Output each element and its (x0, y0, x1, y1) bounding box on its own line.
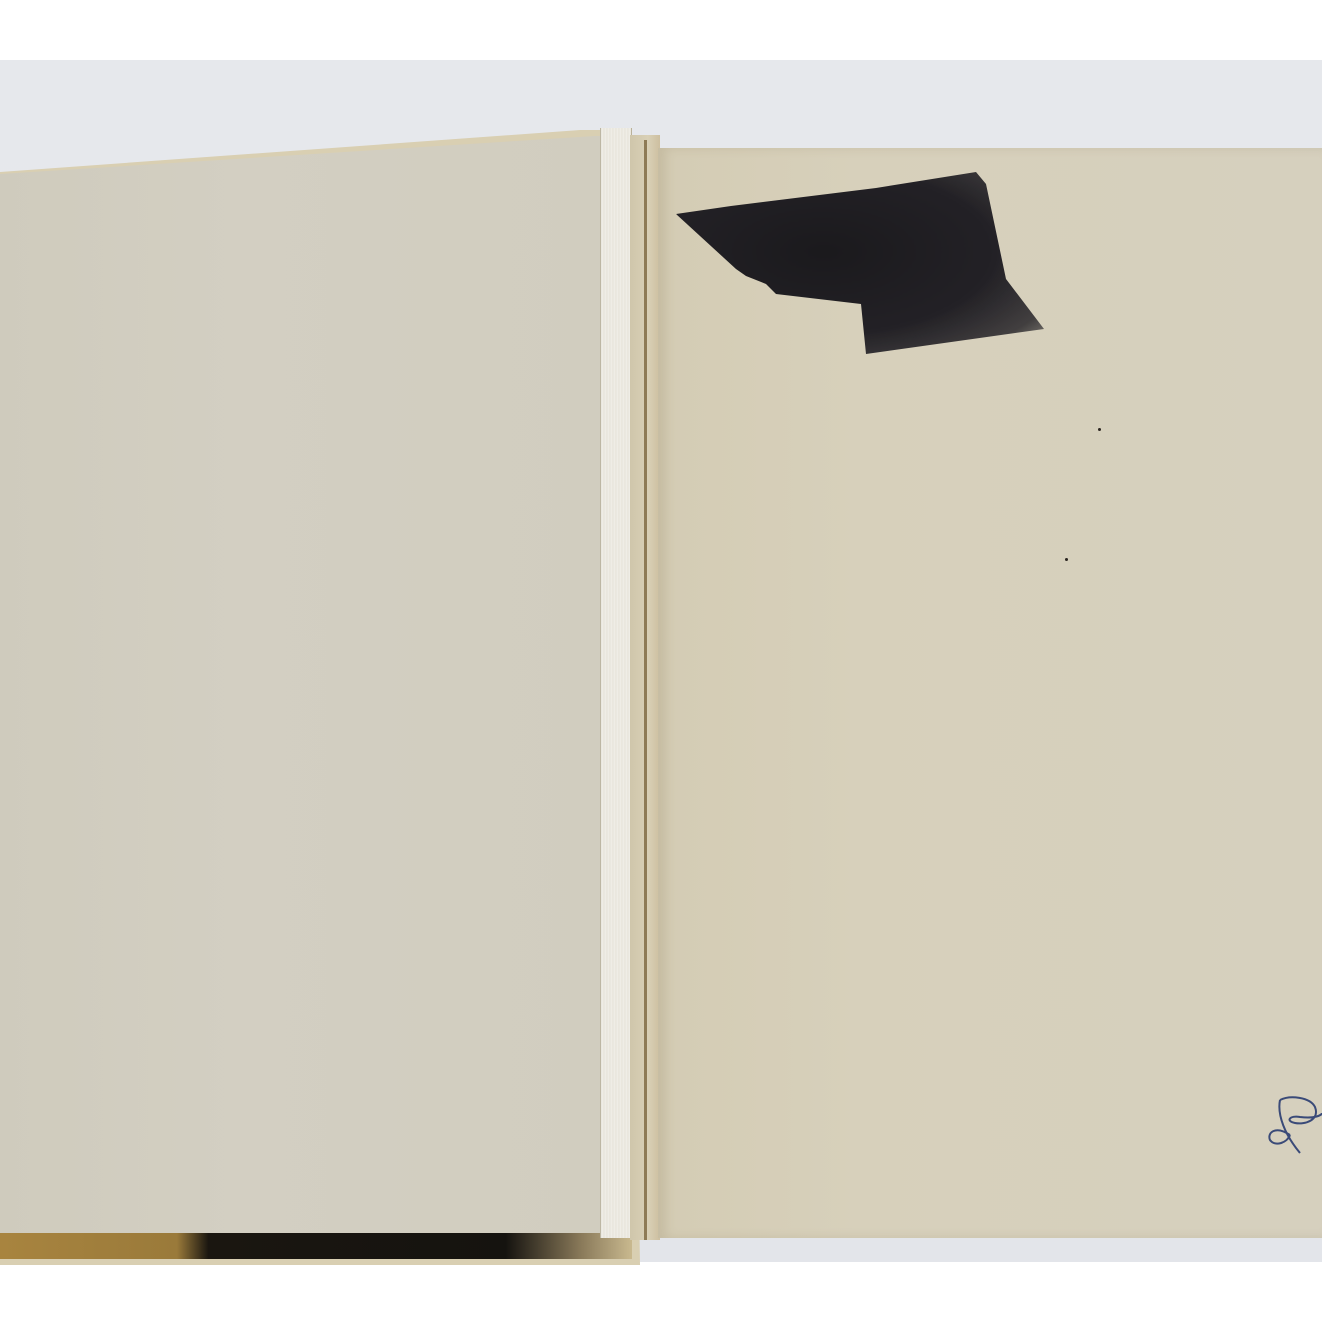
ink-speck (1098, 428, 1101, 431)
cloth-spine-hinge (600, 128, 632, 1238)
cover-bottom-edge (0, 1233, 632, 1259)
ink-speck (1065, 558, 1068, 561)
binding-thread (644, 140, 647, 1240)
left-endpaper (0, 136, 600, 1236)
pen-scribble-icon (1265, 1095, 1322, 1165)
